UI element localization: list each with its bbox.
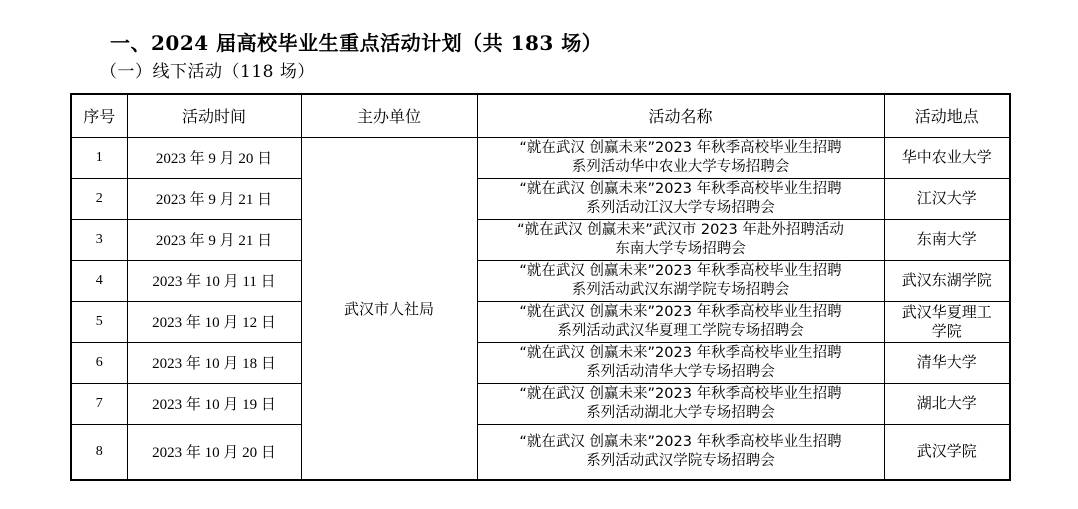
page-subtitle: （一）线下活动（118 场） (100, 57, 315, 82)
cell-name: “就在武汉 创赢未来”2023 年秋季高校毕业生招聘 系列活动武汉东湖学院专场招… (477, 260, 884, 301)
cell-no: 3 (71, 219, 127, 260)
cell-location: 武汉东湖学院 (884, 260, 1010, 301)
cell-name: “就在武汉 创赢未来”2023 年秋季高校毕业生招聘 系列活动武汉华夏理工学院专… (477, 301, 884, 342)
page-title: 一、2024 届高校毕业生重点活动计划（共 183 场） (110, 27, 602, 56)
table-row: 3 2023 年 9 月 21 日 “就在武汉 创赢未来”武汉市 2023 年赴… (71, 219, 1010, 260)
cell-location: 华中农业大学 (884, 137, 1010, 178)
cell-date: 2023 年 10 月 19 日 (127, 383, 301, 424)
cell-location: 湖北大学 (884, 383, 1010, 424)
header-name: 活动名称 (477, 94, 884, 137)
cell-name: “就在武汉 创赢未来”2023 年秋季高校毕业生招聘 系列活动清华大学专场招聘会 (477, 342, 884, 383)
cell-date: 2023 年 9 月 21 日 (127, 178, 301, 219)
header-location: 活动地点 (884, 94, 1010, 137)
cell-no: 4 (71, 260, 127, 301)
cell-name: “就在武汉 创赢未来”2023 年秋季高校毕业生招聘 系列活动湖北大学专场招聘会 (477, 383, 884, 424)
cell-name: “就在武汉 创赢未来”2023 年秋季高校毕业生招聘 系列活动江汉大学专场招聘会 (477, 178, 884, 219)
cell-no: 2 (71, 178, 127, 219)
header-organizer: 主办单位 (301, 94, 477, 137)
cell-date: 2023 年 10 月 12 日 (127, 301, 301, 342)
cell-location: 清华大学 (884, 342, 1010, 383)
cell-date: 2023 年 10 月 20 日 (127, 424, 301, 480)
cell-no: 7 (71, 383, 127, 424)
table-row: 8 2023 年 10 月 20 日 “就在武汉 创赢未来”2023 年秋季高校… (71, 424, 1010, 480)
cell-no: 1 (71, 137, 127, 178)
table-row: 2 2023 年 9 月 21 日 “就在武汉 创赢未来”2023 年秋季高校毕… (71, 178, 1010, 219)
header-time: 活动时间 (127, 94, 301, 137)
cell-date: 2023 年 10 月 11 日 (127, 260, 301, 301)
table-row: 5 2023 年 10 月 12 日 “就在武汉 创赢未来”2023 年秋季高校… (71, 301, 1010, 342)
cell-name: “就在武汉 创赢未来”2023 年秋季高校毕业生招聘 系列活动武汉学院专场招聘会 (477, 424, 884, 480)
cell-date: 2023 年 10 月 18 日 (127, 342, 301, 383)
header-no: 序号 (71, 94, 127, 137)
cell-date: 2023 年 9 月 20 日 (127, 137, 301, 178)
table-row: 7 2023 年 10 月 19 日 “就在武汉 创赢未来”2023 年秋季高校… (71, 383, 1010, 424)
cell-organizer: 武汉市人社局 (301, 137, 477, 480)
cell-no: 8 (71, 424, 127, 480)
cell-location: 武汉学院 (884, 424, 1010, 480)
table-row: 1 2023 年 9 月 20 日 武汉市人社局 “就在武汉 创赢未来”2023… (71, 137, 1010, 178)
cell-location: 东南大学 (884, 219, 1010, 260)
cell-date: 2023 年 9 月 21 日 (127, 219, 301, 260)
table-row: 4 2023 年 10 月 11 日 “就在武汉 创赢未来”2023 年秋季高校… (71, 260, 1010, 301)
cell-location: 武汉华夏理工 学院 (884, 301, 1010, 342)
cell-name: “就在武汉 创赢未来”武汉市 2023 年赴外招聘活动 东南大学专场招聘会 (477, 219, 884, 260)
table-row: 6 2023 年 10 月 18 日 “就在武汉 创赢未来”2023 年秋季高校… (71, 342, 1010, 383)
activity-table: 序号 活动时间 主办单位 活动名称 活动地点 1 2023 年 9 月 20 日… (70, 93, 1011, 481)
cell-name: “就在武汉 创赢未来”2023 年秋季高校毕业生招聘 系列活动华中农业大学专场招… (477, 137, 884, 178)
table-header-row: 序号 活动时间 主办单位 活动名称 活动地点 (71, 94, 1010, 137)
cell-location: 江汉大学 (884, 178, 1010, 219)
cell-no: 5 (71, 301, 127, 342)
cell-no: 6 (71, 342, 127, 383)
